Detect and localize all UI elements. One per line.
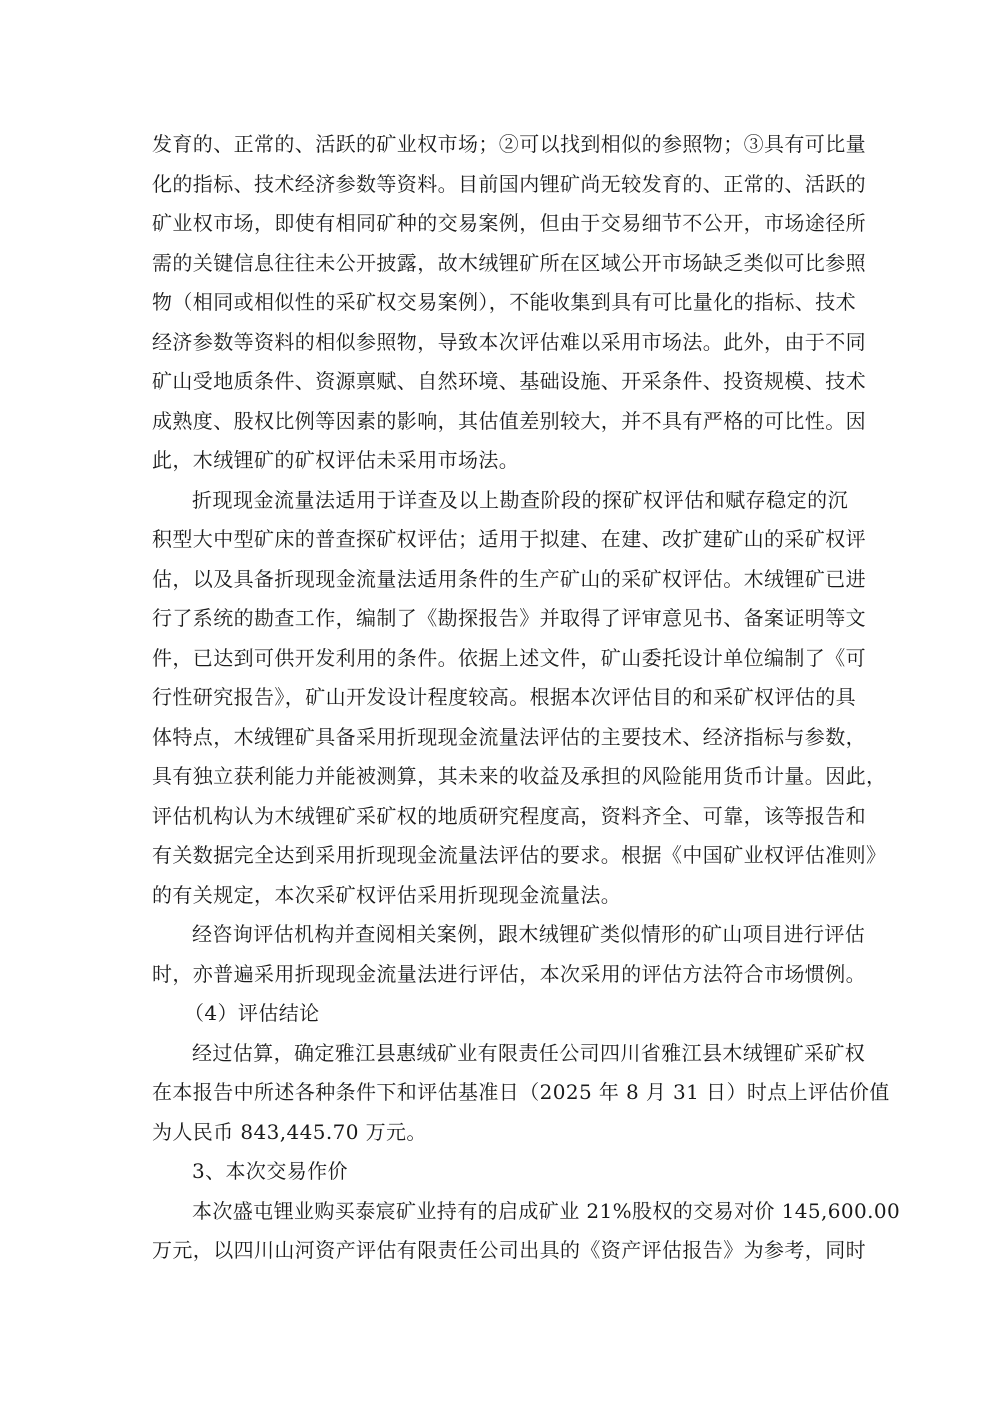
text-line: 体特点，木绒锂矿具备采用折现现金流量法评估的主要技术、经济指标与参数，: [152, 718, 848, 758]
paragraph-transaction-price: 本次盛屯锂业购买泰宸矿业持有的启成矿业 21%股权的交易对价 145,600.0…: [152, 1192, 848, 1271]
text-line: 为人民币 843,445.70 万元。: [152, 1113, 848, 1153]
text-line: 经济参数等资料的相似参照物，导致本次评估难以采用市场法。此外，由于不同: [152, 323, 848, 363]
text-line: 本次盛屯锂业购买泰宸矿业持有的启成矿业 21%股权的交易对价 145,600.0…: [152, 1192, 848, 1232]
paragraph-dcf-method: 折现现金流量法适用于详查及以上勘查阶段的探矿权评估和赋存稳定的沉 积型大中型矿床…: [152, 481, 848, 916]
text-line: 发育的、正常的、活跃的矿业权市场；②可以找到相似的参照物；③具有可比量: [152, 125, 848, 165]
text-line: 经过估算，确定雅江县惠绒矿业有限责任公司四川省雅江县木绒锂矿采矿权: [152, 1034, 848, 1074]
paragraph-market-practice: 经咨询评估机构并查阅相关案例，跟木绒锂矿类似情形的矿山项目进行评估 时，亦普遍采…: [152, 915, 848, 994]
paragraph-valuation-conclusion: 经过估算，确定雅江县惠绒矿业有限责任公司四川省雅江县木绒锂矿采矿权 在本报告中所…: [152, 1034, 848, 1153]
text-line: 折现现金流量法适用于详查及以上勘查阶段的探矿权评估和赋存稳定的沉: [152, 481, 848, 521]
text-line: 此，木绒锂矿的矿权评估未采用市场法。: [152, 441, 848, 481]
text-line: 在本报告中所述各种条件下和评估基准日（2025 年 8 月 31 日）时点上评估…: [152, 1073, 848, 1113]
text-line: 行性研究报告》，矿山开发设计程度较高。根据本次评估目的和采矿权评估的具: [152, 678, 848, 718]
document-page: 发育的、正常的、活跃的矿业权市场；②可以找到相似的参照物；③具有可比量 化的指标…: [152, 125, 848, 1271]
text-line: 评估机构认为木绒锂矿采矿权的地质研究程度高，资料齐全、可靠，该等报告和: [152, 797, 848, 837]
text-line: 估，以及具备折现现金流量法适用条件的生产矿山的采矿权评估。木绒锂矿已进: [152, 560, 848, 600]
text-line: 具有独立获利能力并能被测算，其未来的收益及承担的风险能用货币计量。因此，: [152, 757, 848, 797]
section-heading-transaction-price: 3、本次交易作价: [152, 1152, 848, 1192]
text-line: 件，已达到可供开发利用的条件。依据上述文件，矿山委托设计单位编制了《可: [152, 639, 848, 679]
paragraph-market-approach: 发育的、正常的、活跃的矿业权市场；②可以找到相似的参照物；③具有可比量 化的指标…: [152, 125, 848, 481]
section-heading-valuation-conclusion: （4）评估结论: [152, 994, 848, 1034]
text-line: 需的关键信息往往未公开披露，故木绒锂矿所在区域公开市场缺乏类似可比参照: [152, 244, 848, 284]
text-line: 矿业权市场，即使有相同矿种的交易案例，但由于交易细节不公开，市场途径所: [152, 204, 848, 244]
text-line: 物（相同或相似性的采矿权交易案例），不能收集到具有可比量化的指标、技术: [152, 283, 848, 323]
text-line: 成熟度、股权比例等因素的影响，其估值差别较大，并不具有严格的可比性。因: [152, 402, 848, 442]
heading-text: （4）评估结论: [152, 994, 848, 1034]
text-line: 行了系统的勘查工作，编制了《勘探报告》并取得了评审意见书、备案证明等文: [152, 599, 848, 639]
text-line: 积型大中型矿床的普查探矿权评估；适用于拟建、在建、改扩建矿山的采矿权评: [152, 520, 848, 560]
text-line: 的有关规定，本次采矿权评估采用折现现金流量法。: [152, 876, 848, 916]
text-line: 化的指标、技术经济参数等资料。目前国内锂矿尚无较发育的、正常的、活跃的: [152, 165, 848, 205]
text-line: 有关数据完全达到采用折现现金流量法评估的要求。根据《中国矿业权评估准则》: [152, 836, 848, 876]
text-line: 万元，以四川山河资产评估有限责任公司出具的《资产评估报告》为参考，同时: [152, 1231, 848, 1271]
text-line: 时，亦普遍采用折现现金流量法进行评估，本次采用的评估方法符合市场惯例。: [152, 955, 848, 995]
heading-text: 3、本次交易作价: [152, 1152, 848, 1192]
text-line: 经咨询评估机构并查阅相关案例，跟木绒锂矿类似情形的矿山项目进行评估: [152, 915, 848, 955]
text-line: 矿山受地质条件、资源禀赋、自然环境、基础设施、开采条件、投资规模、技术: [152, 362, 848, 402]
